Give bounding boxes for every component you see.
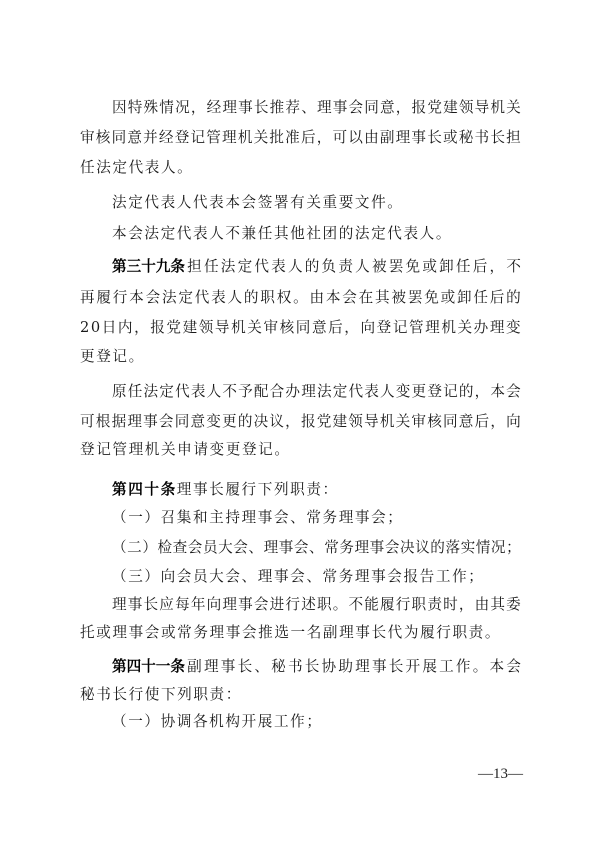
text-line: 审核同意并经登记管理机关批准后，可以由副理事长或秘书长担 (80, 128, 521, 148)
line-text: 更登记。 (80, 347, 145, 367)
text-line: 因特殊情况，经理事长推荐、理事会同意，报党建领导机关 (112, 98, 521, 118)
article-heading-line: 第三十九条担任法定代表人的负责人被罢免或卸任后，不 (112, 257, 521, 277)
document-page: 因特殊情况，经理事长推荐、理事会同意，报党建领导机关审核同意并经登记管理机关批准… (0, 0, 600, 848)
text-line: 再履行本会法定代表人的职权。由本会在其被罢免或卸任后的 (80, 288, 521, 308)
text-line: （一）协调各机构开展工作； (112, 712, 323, 732)
text-line: 本会法定代表人不兼任其他社团的法定代表人。 (112, 224, 452, 244)
line-text: 法定代表人代表本会签署有关重要文件。 (112, 193, 404, 213)
article-heading-line: 第四十一条副理事长、秘书长协助理事长开展工作。本会 (112, 657, 521, 677)
line-text: 任法定代表人。 (80, 158, 193, 178)
article-number: 第三十九条 (112, 257, 185, 277)
text-line: 任法定代表人。 (80, 158, 193, 178)
line-text: 理事长履行下列职责： (177, 480, 339, 500)
text-line: 理事长应每年向理事会进行述职。不能履行职责时，由其委 (112, 595, 521, 615)
line-text: （一）协调各机构开展工作； (112, 712, 323, 732)
text-line: 可根据理事会同意变更的决议，报党建领导机关审核同意后，向 (80, 412, 521, 432)
line-text: （一）召集和主持理事会、常务理事会； (112, 508, 404, 528)
text-line: （二）检查会员大会、理事会、常务理事会决议的落实情况； (112, 538, 521, 558)
article-number: 第四十一条 (112, 657, 185, 677)
line-text: 秘书长行使下列职责： (80, 685, 242, 705)
text-line: 秘书长行使下列职责： (80, 685, 242, 705)
article-heading-line: 第四十条 理事长履行下列职责： (112, 480, 339, 500)
article-number: 第四十条 (112, 480, 177, 500)
line-text: （三）向会员大会、理事会、常务理事会报告工作； (112, 567, 484, 587)
text-line: 法定代表人代表本会签署有关重要文件。 (112, 193, 404, 213)
text-line: 原任法定代表人不予配合办理法定代表人变更登记的，本会 (112, 382, 521, 402)
text-line: 20日内，报党建领导机关审核同意后，向登记管理机关办理变 (80, 318, 521, 338)
line-text: 登记管理机关申请变更登记。 (80, 440, 291, 460)
line-text: 托或理事会或常务理事会推选一名副理事长代为履行职责。 (80, 623, 501, 643)
text-line: 更登记。 (80, 347, 145, 367)
text-line: 登记管理机关申请变更登记。 (80, 440, 291, 460)
text-line: （一）召集和主持理事会、常务理事会； (112, 508, 404, 528)
text-line: 托或理事会或常务理事会推选一名副理事长代为履行职责。 (80, 623, 501, 643)
page-number: —13— (478, 764, 523, 784)
text-line: （三）向会员大会、理事会、常务理事会报告工作； (112, 567, 484, 587)
line-text: 本会法定代表人不兼任其他社团的法定代表人。 (112, 224, 452, 244)
